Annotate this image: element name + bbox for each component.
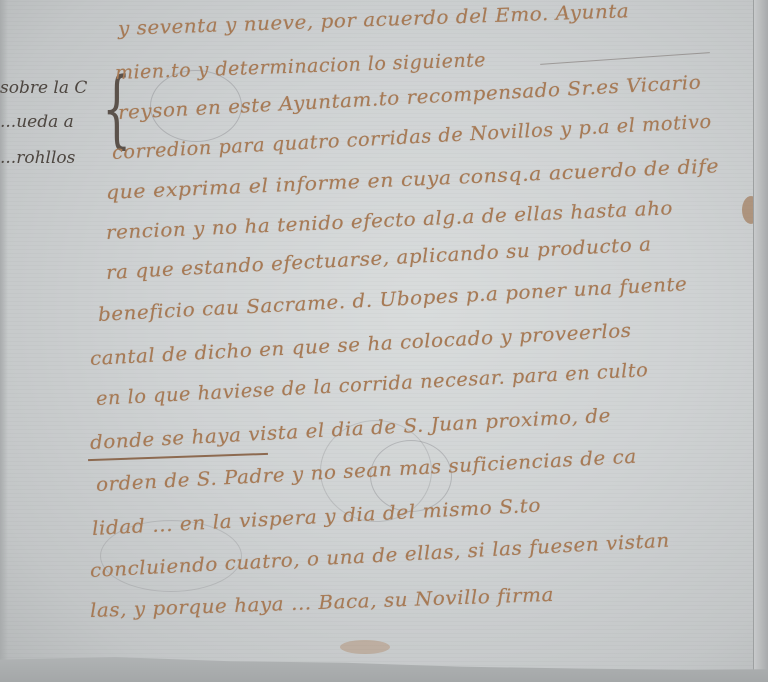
margin-note-line: sobre la C bbox=[0, 78, 87, 98]
margin-note-line: ...ueda a bbox=[0, 112, 74, 132]
page-edge bbox=[753, 0, 768, 682]
ink-flourish bbox=[340, 640, 390, 654]
paper-crease bbox=[0, 0, 8, 682]
margin-note-line: ...rohllos bbox=[0, 148, 75, 168]
